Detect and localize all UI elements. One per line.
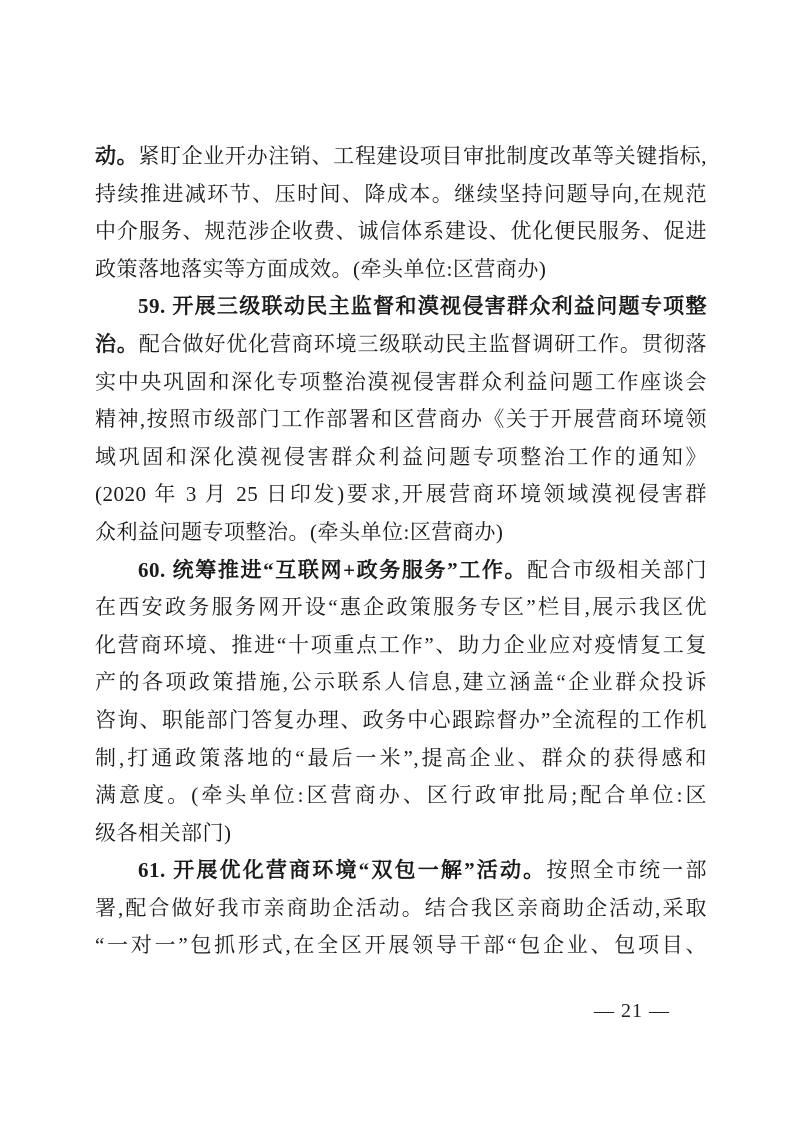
text-segment: 配合市级相关部门 <box>527 558 707 582</box>
text-line: 政策落地落实等方面成效。(牵头单位:区营商办) <box>95 251 707 289</box>
text-line: 61. 开展优化营商环境“双包一解”活动。按照全市统一部 <box>95 852 707 890</box>
text-segment: 在西安政务服务网开设“惠企政策服务专区”栏目,展示我区优 <box>95 595 707 619</box>
bold-text-segment: 59. 开展三级联动民主监督和漠视侵害群众利益问题专项整 <box>138 294 707 318</box>
text-line: 满意度。(牵头单位:区营商办、区行政审批局;配合单位:区 <box>95 777 707 815</box>
text-line: 级各相关部门) <box>95 815 707 853</box>
text-line: 持续推进减环节、压时间、降成本。继续坚持问题导向,在规范 <box>95 176 707 214</box>
text-line: 众利益问题专项整治。(牵头单位:区营商办) <box>95 514 707 552</box>
bold-text-segment: 动。 <box>95 144 138 168</box>
text-segment: 化营商环境、推进“十项重点工作”、助力企业应对疫情复工复 <box>95 633 707 657</box>
text-line: 59. 开展三级联动民主监督和漠视侵害群众利益问题专项整 <box>95 288 707 326</box>
bold-text-segment: 治。 <box>95 332 139 356</box>
text-line: 化营商环境、推进“十项重点工作”、助力企业应对疫情复工复 <box>95 627 707 665</box>
page-background: 动。紧盯企业开办注销、工程建设项目审批制度改革等关键指标,持续推进减环节、压时间… <box>0 0 793 1122</box>
text-segment: 域巩固和深化漠视侵害群众利益问题专项整治工作的通知》 <box>95 445 707 469</box>
text-segment: 产的各项政策措施,公示联系人信息,建立涵盖“企业群众投诉 <box>95 670 707 694</box>
text-line: 动。紧盯企业开办注销、工程建设项目审批制度改革等关键指标, <box>95 138 707 176</box>
text-segment: 满意度。(牵头单位:区营商办、区行政审批局;配合单位:区 <box>95 783 707 807</box>
text-segment: 级各相关部门) <box>95 821 232 845</box>
text-line: (2020 年 3 月 25 日印发)要求,开展营商环境领域漠视侵害群 <box>95 476 707 514</box>
text-line: 在西安政务服务网开设“惠企政策服务专区”栏目,展示我区优 <box>95 589 707 627</box>
text-line: 制,打通政策落地的“最后一米”,提高企业、群众的获得感和 <box>95 740 707 778</box>
text-segment: 咨询、职能部门答复办理、政务中心跟踪督办”全流程的工作机 <box>95 708 707 732</box>
text-segment: 实中央巩固和深化专项整治漠视侵害群众利益问题工作座谈会 <box>95 370 707 394</box>
text-line: 60. 统筹推进“互联网+政务服务”工作。配合市级相关部门 <box>95 552 707 590</box>
document-body: 动。紧盯企业开办注销、工程建设项目审批制度改革等关键指标,持续推进减环节、压时间… <box>95 138 707 965</box>
text-line: “一对一”包抓形式,在全区开展领导干部“包企业、包项目、 <box>95 927 707 965</box>
text-line: 产的各项政策措施,公示联系人信息,建立涵盖“企业群众投诉 <box>95 664 707 702</box>
document-page: { "document": { "page_number": "21", "pa… <box>0 0 793 1122</box>
text-segment: (2020 年 3 月 25 日印发)要求,开展营商环境领域漠视侵害群 <box>95 482 707 506</box>
text-segment: “一对一”包抓形式,在全区开展领导干部“包企业、包项目、 <box>95 933 707 957</box>
text-segment: 配合做好优化营商环境三级联动民主监督调研工作。贯彻落 <box>139 332 707 356</box>
text-segment: 精神,按照市级部门工作部署和区营商办《关于开展营商环境领 <box>95 407 707 431</box>
bold-text-segment: 60. 统筹推进“互联网+政务服务”工作。 <box>138 558 527 582</box>
text-line: 咨询、职能部门答复办理、政务中心跟踪督办”全流程的工作机 <box>95 702 707 740</box>
text-segment: 制,打通政策落地的“最后一米”,提高企业、群众的获得感和 <box>95 746 707 770</box>
text-segment: 众利益问题专项整治。(牵头单位:区营商办) <box>95 520 503 544</box>
text-segment: 紧盯企业开办注销、工程建设项目审批制度改革等关键指标, <box>138 144 707 168</box>
text-segment: 政策落地落实等方面成效。(牵头单位:区营商办) <box>95 257 546 281</box>
text-segment: 中介服务、规范涉企收费、诚信体系建设、优化便民服务、促进 <box>95 219 707 243</box>
text-segment: 持续推进减环节、压时间、降成本。继续坚持问题导向,在规范 <box>95 182 707 206</box>
text-line: 实中央巩固和深化专项整治漠视侵害群众利益问题工作座谈会 <box>95 364 707 402</box>
text-segment: 按照全市统一部 <box>546 858 707 882</box>
text-segment: 署,配合做好我市亲商助企活动。结合我区亲商助企活动,采取 <box>95 896 707 920</box>
text-line: 中介服务、规范涉企收费、诚信体系建设、优化便民服务、促进 <box>95 213 707 251</box>
text-line: 精神,按照市级部门工作部署和区营商办《关于开展营商环境领 <box>95 401 707 439</box>
page-number: — 21 — <box>594 998 714 1024</box>
text-line: 署,配合做好我市亲商助企活动。结合我区亲商助企活动,采取 <box>95 890 707 928</box>
text-line: 域巩固和深化漠视侵害群众利益问题专项整治工作的通知》 <box>95 439 707 477</box>
text-line: 治。配合做好优化营商环境三级联动民主监督调研工作。贯彻落 <box>95 326 707 364</box>
bold-text-segment: 61. 开展优化营商环境“双包一解”活动。 <box>138 858 546 882</box>
